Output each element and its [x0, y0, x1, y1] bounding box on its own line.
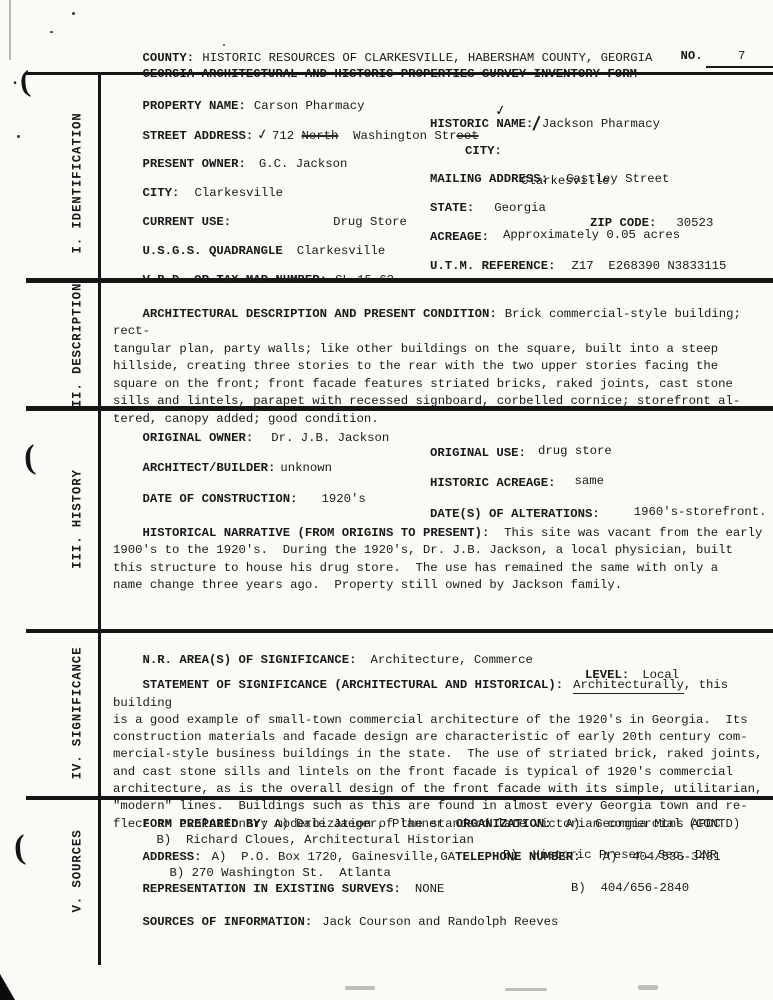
section-label-description: II. DESCRIPTION: [71, 283, 86, 408]
section-label-history: III. HISTORY: [71, 469, 86, 569]
section-label-sources: V. SOURCES: [71, 829, 86, 912]
historic-name-value: Jackson Pharmacy: [542, 117, 660, 131]
telephone-b-value: B) 404/656-2840: [571, 881, 689, 896]
scan-speck: [72, 12, 75, 15]
scan-smudge: [345, 986, 375, 990]
field-mailing-address: MAILING ADDRESS:Gastley Street: [430, 172, 669, 187]
tax-map-value: CL-15-62: [335, 273, 394, 287]
scan-smudge: [505, 988, 547, 991]
pen-mark: (: [19, 74, 31, 90]
description-text: Brick commercial-style building; rect- t…: [113, 307, 748, 426]
form-number: NO.7: [651, 34, 773, 83]
survey-form-page: ( . ( ( COUNTY:HISTORIC RESOURCES OF CLA…: [0, 0, 773, 1000]
pen-mark: (: [23, 450, 35, 466]
scan-edge-line: [9, 0, 11, 60]
field-sources-of-information: SOURCES OF INFORMATION:Jack Courson and …: [113, 900, 558, 945]
quadrangle-value: Clarkesville: [297, 244, 386, 258]
sources-value: Jack Courson and Randolph Reeves: [322, 915, 558, 929]
original-owner-value: Dr. J.B. Jackson: [271, 431, 389, 445]
field-historic-acreage: HISTORIC ACREAGE:same: [430, 476, 604, 491]
scan-speck: [50, 31, 53, 33]
scan-smudge: [638, 985, 658, 990]
struck-word: eet: [456, 129, 478, 143]
telephone-label: TELEPHONE NUMBER:: [455, 850, 580, 864]
section-label-identification: I. IDENTIFICATION: [71, 112, 86, 253]
construction-date-value: 1920's: [322, 492, 366, 506]
field-original-use: ORIGINAL USE:drug store: [430, 446, 612, 461]
separator-line: [26, 72, 773, 75]
current-use-value: Drug Store: [333, 215, 407, 229]
present-owner-value: G.C. Jackson: [259, 157, 348, 171]
pen-mark: (: [13, 840, 25, 856]
pen-mark-dot: .: [13, 72, 17, 87]
number-label: NO.: [681, 49, 703, 63]
scan-speck: [17, 135, 20, 138]
field-utm-reference: U.T.M. REFERENCE:Z17 E268390 N3833115: [430, 259, 726, 274]
city-value: Clarkesville: [194, 186, 283, 200]
handwritten-check-mark: ✓: [494, 103, 509, 120]
representation-value: NONE: [415, 882, 445, 896]
corner-mark: [0, 974, 15, 1000]
architect-value: unknown: [280, 461, 332, 475]
property-name-value: Carson Pharmacy: [254, 99, 365, 113]
column-divider-line: [98, 72, 101, 965]
separator-line: [26, 629, 773, 633]
field-city-inline: CITY:: [465, 144, 502, 159]
field-acreage: ACREAGE:Approximately 0.05 acres: [430, 230, 680, 245]
number-value: 7: [706, 49, 773, 68]
section-label-significance: IV. SIGNIFICANCE: [71, 647, 86, 780]
underlined-word: Architecturally: [573, 678, 684, 694]
field-state: STATE:Georgia: [430, 201, 546, 216]
historical-narrative: HISTORICAL NARRATIVE (FROM ORIGINS TO PR…: [113, 507, 773, 612]
struck-word: North: [302, 129, 339, 143]
handwritten-slash-mark: /: [533, 116, 541, 132]
